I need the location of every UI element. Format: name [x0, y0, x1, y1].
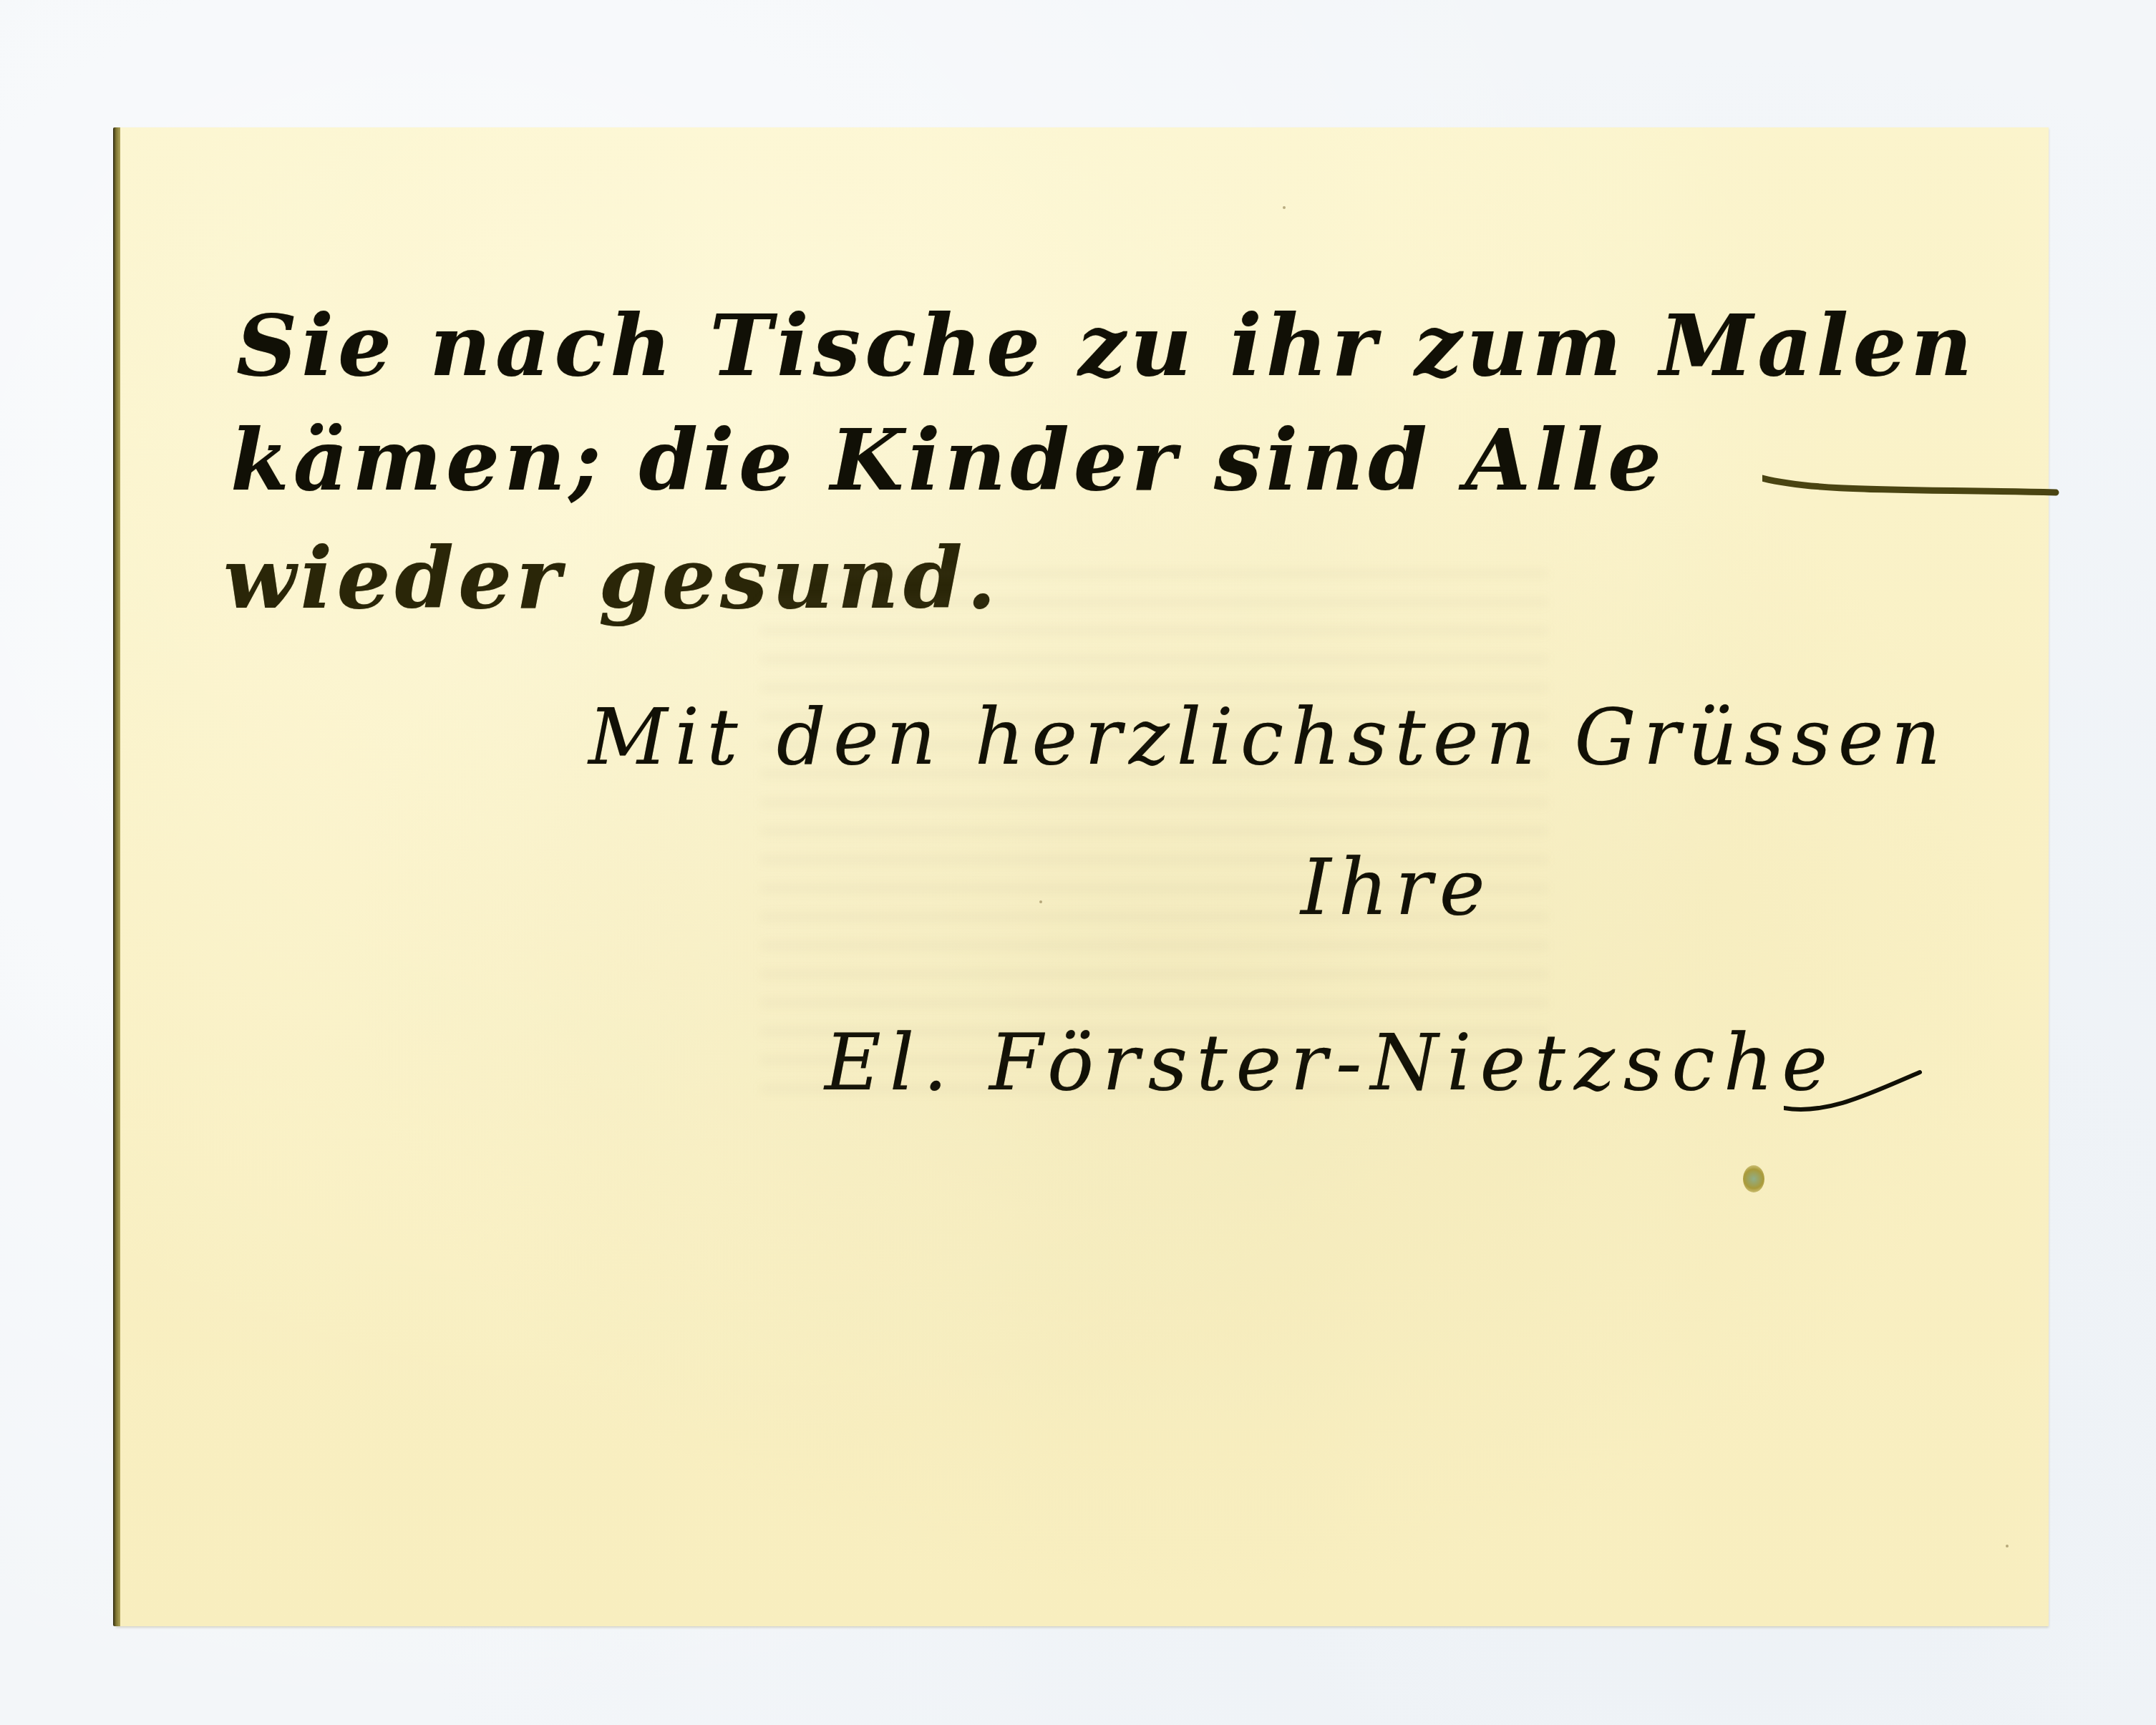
signature: El. Förster-Nietzsche [825, 1019, 1836, 1108]
flourish-signature-tail [1784, 1065, 1927, 1122]
ink-spot [1743, 1165, 1764, 1192]
closing-greeting: Mit den herzlichsten Grüssen [588, 693, 1948, 782]
valediction: Ihre [1301, 843, 1492, 933]
body-line-3: wieder gesund. [223, 528, 1001, 628]
paper-speck [1283, 206, 1286, 209]
body-line-2: kämen; die Kinder sind Alle [230, 410, 1666, 510]
letter-card: Sie nach Tische zu ihr zum Malen kämen; … [116, 127, 2049, 1626]
paper-speck [1039, 900, 1042, 903]
body-line-1: Sie nach Tische zu ihr zum Malen [236, 296, 1976, 395]
paper-speck [2006, 1545, 2009, 1547]
flourish-alle-tail [1762, 464, 2063, 507]
